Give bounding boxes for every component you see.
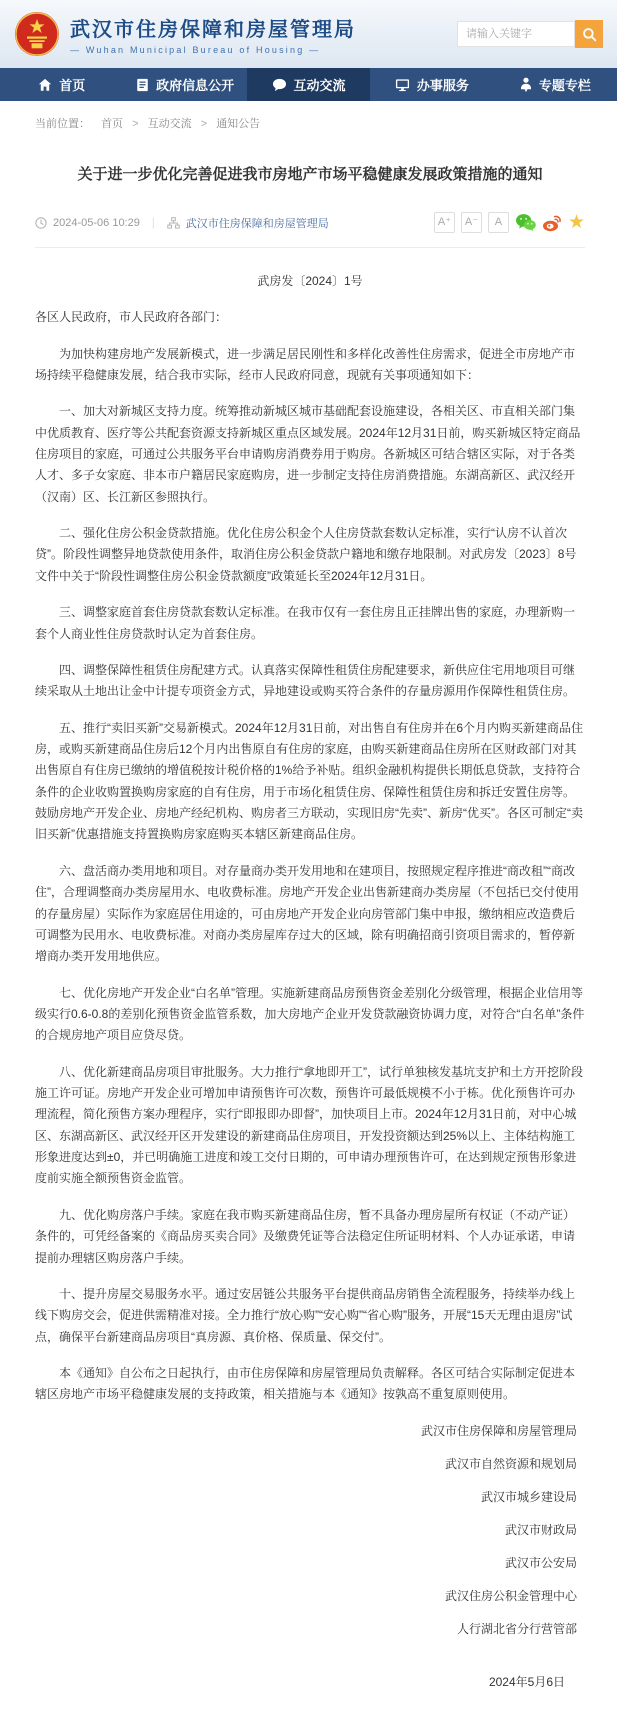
nav-item-services[interactable]: 办事服务 xyxy=(370,68,493,101)
breadcrumb-label: 当前位置： xyxy=(35,118,90,130)
font-increase-button[interactable]: A⁺ xyxy=(434,212,455,233)
signature-line: 武汉市住房保障和房屋管理局 xyxy=(35,1422,585,1439)
article-paragraph-closing: 本《通知》自公布之日起执行，由市住房保障和房屋管理局负责解释。各区可结合实际制定… xyxy=(35,1363,585,1406)
home-icon xyxy=(38,78,52,92)
site-subtitle: — Wuhan Municipal Bureau of Housing — xyxy=(70,45,356,55)
search-box xyxy=(457,20,603,48)
article-paragraph-1: 一、加大对新城区支持力度。统筹推动新城区城市基础配套设施建设，各相关区、市直相关… xyxy=(35,401,585,508)
article-paragraph-intro: 为加快构建房地产发展新模式，进一步满足居民刚性和多样化改善性住房需求，促进全市房… xyxy=(35,344,585,387)
signature-line: 武汉住房公积金管理中心 xyxy=(35,1587,585,1604)
article: 关于进一步优化完善促进我市房地产市场平稳健康发展政策措施的通知 2024-05-… xyxy=(0,163,617,1712)
document-icon xyxy=(136,78,149,92)
article-date: 2024-05-06 10:29 xyxy=(53,217,140,229)
favorite-star-icon: ★ xyxy=(568,213,585,232)
nav-item-label: 专题专栏 xyxy=(539,75,591,94)
site-header: 武汉市住房保障和房屋管理局 — Wuhan Municipal Bureau o… xyxy=(0,0,617,68)
search-input[interactable] xyxy=(457,21,575,47)
signature-line: 人行湖北省分行营管部 xyxy=(35,1620,585,1637)
breadcrumb-notices[interactable]: 通知公告 xyxy=(216,118,260,130)
article-paragraph-7: 七、优化房地产开发企业“白名单”管理。实施新建商品房预售资金差别化分级管理，根据… xyxy=(35,983,585,1047)
clock-icon xyxy=(35,217,47,229)
article-meta-left: 2024-05-06 10:29 | 武汉市住房保障和房屋管理局 xyxy=(35,215,329,231)
article-paragraph-6: 六、盘活商办类用地和项目。对存量商办类开发用地和在建项目，按照规定程序推进“商改… xyxy=(35,861,585,968)
nav-item-interaction[interactable]: 互动交流 xyxy=(247,68,370,101)
nav-item-label: 首页 xyxy=(59,75,85,94)
nav-item-special-topics[interactable]: 专题专栏 xyxy=(494,68,617,101)
nav-item-home[interactable]: 首页 xyxy=(0,68,123,101)
breadcrumb-interaction[interactable]: 互动交流 xyxy=(148,118,192,130)
national-emblem-icon xyxy=(14,11,60,57)
signature-line: 武汉市财政局 xyxy=(35,1521,585,1538)
breadcrumb-separator: > xyxy=(201,118,207,130)
breadcrumb-separator: > xyxy=(132,118,138,130)
signature-line: 武汉市公安局 xyxy=(35,1554,585,1571)
weibo-share-button[interactable] xyxy=(542,214,562,232)
favorite-button[interactable]: ★ xyxy=(568,213,585,232)
font-reset-button[interactable]: A xyxy=(488,212,509,233)
article-paragraph-8: 八、优化新建商品房项目审批服务。大力推行“拿地即开工”，试行单独核发基坑支护和土… xyxy=(35,1062,585,1190)
signature-line: 武汉市城乡建设局 xyxy=(35,1488,585,1505)
search-icon xyxy=(582,27,597,42)
chat-bubble-icon xyxy=(272,78,287,92)
person-badge-icon xyxy=(520,77,532,92)
breadcrumb-home[interactable]: 首页 xyxy=(101,118,123,130)
nav-item-label: 互动交流 xyxy=(294,75,346,94)
meta-divider: | xyxy=(152,217,155,229)
article-paragraph-2: 二、强化住房公积金贷款措施。优化住房公积金个人住房贷款套数认定标准，实行“认房不… xyxy=(35,523,585,587)
monitor-icon xyxy=(395,78,410,92)
page: 武汉市住房保障和房屋管理局 — Wuhan Municipal Bureau o… xyxy=(0,0,617,1712)
nav-item-label: 办事服务 xyxy=(417,75,469,94)
document-number: 武房发〔2024〕1号 xyxy=(35,272,585,289)
wechat-icon xyxy=(515,213,536,232)
main-nav: 首页 政府信息公开 互动交流 办事服务 专题专栏 xyxy=(0,68,617,101)
meta-divider-line xyxy=(35,247,585,248)
weibo-icon xyxy=(542,214,562,232)
article-title: 关于进一步优化完善促进我市房地产市场平稳健康发展政策措施的通知 xyxy=(53,163,567,186)
nav-item-gov-info[interactable]: 政府信息公开 xyxy=(123,68,246,101)
signature-date: 2024年5月6日 xyxy=(35,1673,585,1712)
breadcrumb: 当前位置： 首页 > 互动交流 > 通知公告 xyxy=(0,101,617,137)
salutation: 各区人民政府，市人民政府各部门： xyxy=(35,307,585,328)
organization-icon xyxy=(167,217,180,229)
nav-item-label: 政府信息公开 xyxy=(156,75,234,94)
article-paragraph-5: 五、推行“卖旧买新”交易新模式。2024年12月31日前，对出售自有住房并在6个… xyxy=(35,718,585,846)
article-meta-right: A⁺ A⁻ A xyxy=(434,212,585,233)
signature-line: 武汉市自然资源和规划局 xyxy=(35,1455,585,1472)
article-paragraph-10: 十、提升房屋交易服务水平。通过安居链公共服务平台提供商品房销售全流程服务，持续举… xyxy=(35,1284,585,1348)
site-title: 武汉市住房保障和房屋管理局 xyxy=(70,13,356,42)
wechat-share-button[interactable] xyxy=(515,213,536,232)
article-paragraph-9: 九、优化购房落户手续。家庭在我市购买新建商品住房，暂不具备办理房屋所有权证（不动… xyxy=(35,1205,585,1269)
search-button[interactable] xyxy=(575,20,603,48)
article-paragraph-3: 三、调整家庭首套住房贷款套数认定标准。在我市仅有一套住房且正挂牌出售的家庭，办理… xyxy=(35,602,585,645)
article-meta-row: 2024-05-06 10:29 | 武汉市住房保障和房屋管理局 A⁺ A⁻ A xyxy=(35,212,585,233)
article-paragraph-4: 四、调整保障性租赁住房配建方式。认真落实保障性租赁住房配建要求，新供应住宅用地项… xyxy=(35,660,585,703)
site-title-block: 武汉市住房保障和房屋管理局 — Wuhan Municipal Bureau o… xyxy=(70,13,356,55)
font-decrease-button[interactable]: A⁻ xyxy=(461,212,482,233)
article-source-link[interactable]: 武汉市住房保障和房屋管理局 xyxy=(186,215,329,231)
